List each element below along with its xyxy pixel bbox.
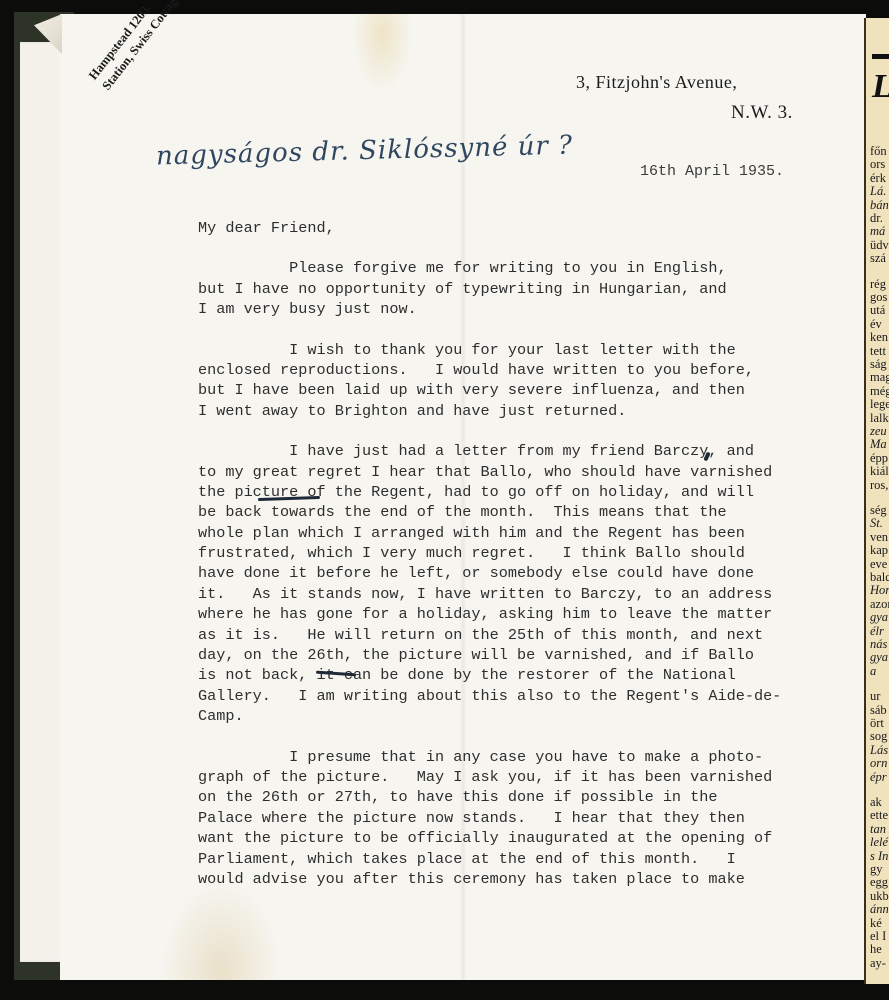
text-line: to my great regret I hear that Ballo, wh… bbox=[198, 462, 838, 482]
letter-body: My dear Friend, Please forgive me for wr… bbox=[198, 218, 838, 889]
clipping-fragment: Ma bbox=[870, 437, 887, 451]
text-line: it. As it stands now, I have written to … bbox=[198, 584, 838, 604]
clipping-fragment: eve bbox=[870, 557, 887, 571]
clipping-fragment: sog bbox=[870, 729, 887, 743]
clipping-fragment: el I bbox=[870, 929, 886, 943]
clipping-fragment: üdv bbox=[870, 238, 889, 252]
clipping-fragment: gya bbox=[870, 650, 888, 664]
text-line: frustrated, which I very much regret. I … bbox=[198, 543, 838, 563]
clipping-rule bbox=[872, 54, 889, 59]
text-line: I wish to thank you for your last letter… bbox=[198, 340, 838, 360]
clipping-fragment: gos bbox=[870, 290, 887, 304]
text-line: Palace where the picture now stands. I h… bbox=[198, 808, 838, 828]
text-line: I went away to Brighton and have just re… bbox=[198, 401, 838, 421]
paragraph: I presume that in any case you have to m… bbox=[198, 747, 838, 890]
text-line: want the picture to be officially inaugu… bbox=[198, 828, 838, 848]
clipping-fragment: érk bbox=[870, 171, 886, 185]
letter-paragraphs: Please forgive me for writing to you in … bbox=[198, 238, 838, 889]
clipping-fragment: kap bbox=[870, 543, 888, 557]
clipping-fragment: épp bbox=[870, 451, 888, 465]
text-line: graph of the picture. May I ask you, if … bbox=[198, 767, 838, 787]
clipping-fragment: ánn bbox=[870, 902, 889, 916]
text-line: on the 26th or 27th, to have this done i… bbox=[198, 787, 838, 807]
clipping-fragment: bald bbox=[870, 570, 889, 584]
text-line: have done it before he left, or somebody… bbox=[198, 563, 838, 583]
clipping-fragment: ros, bbox=[870, 478, 888, 492]
text-line: Please forgive me for writing to you in … bbox=[198, 258, 838, 278]
clipping-fragment: utá bbox=[870, 303, 885, 317]
clipping-fragment: Lá. bbox=[870, 184, 886, 198]
salutation: My dear Friend, bbox=[198, 218, 838, 238]
clipping-fragment: ors bbox=[870, 157, 885, 171]
text-line: whole plan which I arranged with him and… bbox=[198, 523, 838, 543]
clipping-fragment: egg bbox=[870, 875, 888, 889]
newspaper-clipping: L főnorsérkLá.bándr.máüdvszáréggosutáévk… bbox=[864, 18, 889, 984]
letterhead-address-line2: N.W. 3. bbox=[731, 102, 793, 124]
clipping-fragment: St. bbox=[870, 516, 883, 530]
text-line: I presume that in any case you have to m… bbox=[198, 747, 838, 767]
clipping-fragment: gya bbox=[870, 610, 888, 624]
clipping-fragment: s In bbox=[870, 849, 888, 863]
clipping-fragment: sáb bbox=[870, 703, 887, 717]
letterhead-address-line1: 3, Fitzjohn's Avenue, bbox=[576, 72, 737, 93]
clipping-fragment: tett bbox=[870, 344, 886, 358]
clipping-fragment: Lás bbox=[870, 743, 888, 757]
text-line: I have just had a letter from my friend … bbox=[198, 441, 838, 461]
clipping-fragment: ak bbox=[870, 795, 882, 809]
paragraph: I wish to thank you for your last letter… bbox=[198, 340, 838, 422]
text-line: be back towards the end of the month. Th… bbox=[198, 502, 838, 522]
clipping-fragment: orn bbox=[870, 756, 887, 770]
clipping-headline: L bbox=[872, 70, 889, 104]
clipping-fragment: ört bbox=[870, 716, 884, 730]
letter-date: 16th April 1935. bbox=[640, 163, 784, 180]
clipping-fragment: épr bbox=[870, 770, 887, 784]
clipping-fragment: ven bbox=[870, 530, 888, 544]
clipping-fragment: gy bbox=[870, 862, 883, 876]
clipping-fragment: lalk bbox=[870, 411, 889, 425]
clipping-fragment: ság bbox=[870, 357, 887, 371]
clipping-fragment: zeu bbox=[870, 424, 887, 438]
clipping-fragment: ur bbox=[870, 689, 880, 703]
text-line: but I have no opportunity of typewriting… bbox=[198, 279, 838, 299]
clipping-fragment: azor bbox=[870, 597, 889, 611]
clipping-fragment: rég bbox=[870, 277, 886, 291]
paragraph: I have just had a letter from my friend … bbox=[198, 441, 838, 726]
clipping-fragment: lelé bbox=[870, 835, 888, 849]
clipping-fragment: ké bbox=[870, 916, 882, 930]
clipping-fragment: nás bbox=[870, 637, 887, 651]
clipping-fragment: ukb bbox=[870, 889, 889, 903]
clipping-fragment: má bbox=[870, 224, 885, 238]
text-line: but I have been laid up with very severe… bbox=[198, 380, 838, 400]
clipping-fragment: kiál bbox=[870, 464, 889, 478]
clipping-fragment: he bbox=[870, 942, 882, 956]
text-line: Parliament, which takes place at the end… bbox=[198, 849, 838, 869]
text-line: where he has gone for a holiday, asking … bbox=[198, 604, 838, 624]
text-line: I am very busy just now. bbox=[198, 299, 838, 319]
clipping-fragment: ette bbox=[870, 808, 888, 822]
clipping-fragment: év bbox=[870, 317, 882, 331]
text-line: day, on the 26th, the picture will be va… bbox=[198, 645, 838, 665]
clipping-fragment: élr bbox=[870, 624, 884, 638]
clipping-fragment: a bbox=[870, 664, 876, 678]
text-line: Gallery. I am writing about this also to… bbox=[198, 686, 838, 706]
clipping-fragment: még bbox=[870, 384, 889, 398]
clipping-fragment: dr. bbox=[870, 211, 883, 225]
text-line: enclosed reproductions. I would have wri… bbox=[198, 360, 838, 380]
clipping-fragment: bán bbox=[870, 198, 889, 212]
clipping-fragment: ség bbox=[870, 503, 887, 517]
paragraph-gap bbox=[198, 238, 838, 258]
clipping-fragment: ay- bbox=[870, 956, 886, 970]
paragraph-gap bbox=[198, 421, 838, 441]
paragraph-gap bbox=[198, 320, 838, 340]
clipping-fragment: mag bbox=[870, 370, 889, 384]
clipping-fragment: Hor bbox=[870, 583, 889, 597]
clipping-fragment: tan bbox=[870, 822, 886, 836]
clipping-fragment: lege bbox=[870, 397, 889, 411]
clipping-fragment: ken bbox=[870, 330, 888, 344]
clipping-fragment: szá bbox=[870, 251, 886, 265]
text-line: is not back, it can be done by the resto… bbox=[198, 665, 838, 685]
paragraph-gap bbox=[198, 727, 838, 747]
text-line: as it is. He will return on the 25th of … bbox=[198, 625, 838, 645]
text-line: Camp. bbox=[198, 706, 838, 726]
paragraph: Please forgive me for writing to you in … bbox=[198, 258, 838, 319]
text-line: would advise you after this ceremony has… bbox=[198, 869, 838, 889]
clipping-fragment: főn bbox=[870, 144, 887, 158]
